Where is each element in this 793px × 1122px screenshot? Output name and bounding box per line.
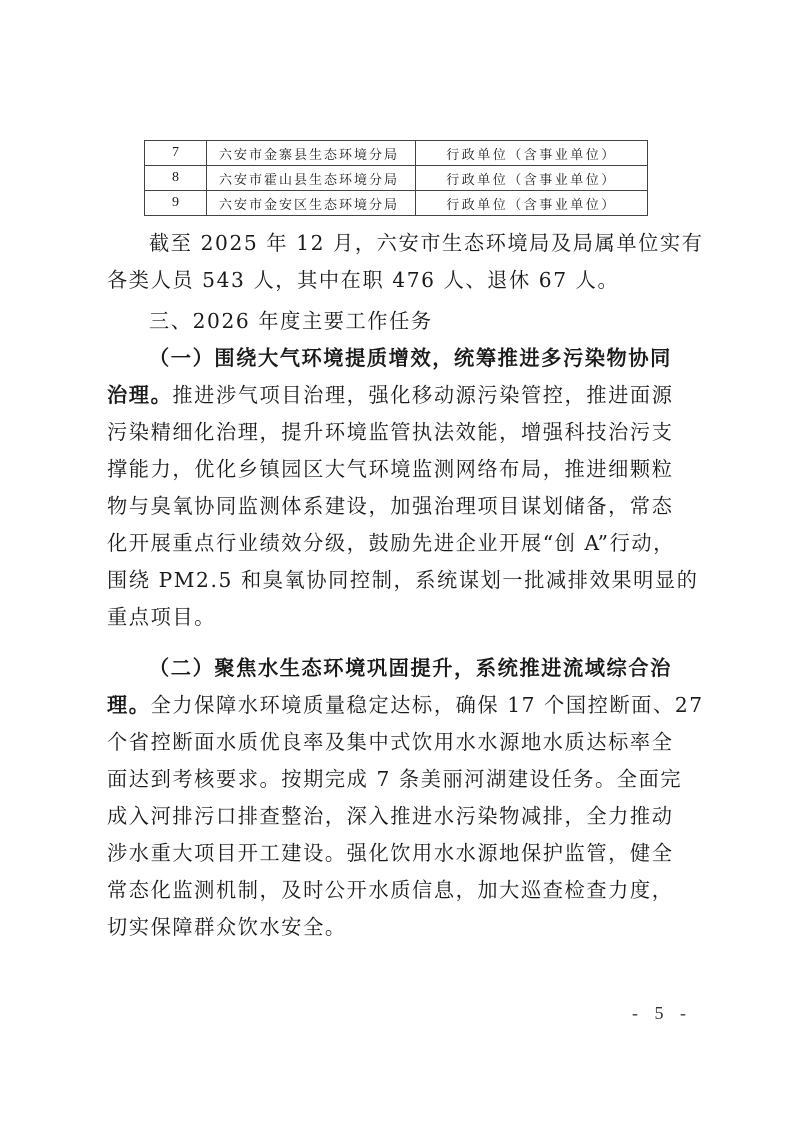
paragraph-line: 物与臭氧协同监测体系建设，加强治理项目谋划储备，常态 — [107, 488, 697, 525]
staff-paragraph: 截至 2025 年 12 月，六安市生态环境局及局属单位实有 各类人员 543 … — [107, 225, 697, 299]
paragraph-line: 常态化监测机制，及时公开水质信息，加大巡查检查力度， — [107, 872, 697, 909]
task-2-title-end: 理。 — [107, 693, 151, 717]
paragraph-line: 推进涉气项目治理，强化移动源污染管控，推进面源 — [172, 383, 673, 407]
paragraph-line: 各类人员 543 人，其中在职 476 人、退休 67 人。 — [107, 262, 697, 299]
section-heading: 三、2026 年度主要工作任务 — [107, 303, 697, 340]
row-number: 9 — [145, 191, 207, 216]
unit-name: 六安市金安区生态环境分局 — [207, 191, 416, 216]
paragraph-line: 个省控断面水质优良率及集中式饮用水水源地水质达标率全 — [107, 724, 697, 761]
paragraph-line: 化开展重点行业绩效分级，鼓励先进企业开展“创 A”行动， — [107, 525, 697, 562]
paragraph-line: 全力保障水环境质量稳定达标，确保 17 个国控断面、27 — [151, 693, 704, 717]
unit-name: 六安市金寨县生态环境分局 — [207, 141, 416, 166]
table-row: 9 六安市金安区生态环境分局 行政单位（含事业单位） — [145, 191, 648, 216]
page-number: - 5 - — [632, 1003, 692, 1024]
table-row: 8 六安市霍山县生态环境分局 行政单位（含事业单位） — [145, 166, 648, 191]
paragraph-line: 截至 2025 年 12 月，六安市生态环境局及局属单位实有 — [107, 225, 697, 262]
task-1-paragraph: （一）围绕大气环境提质增效，统筹推进多污染物协同 治理。推进涉气项目治理，强化移… — [107, 340, 697, 636]
row-number: 7 — [145, 141, 207, 166]
task-2-paragraph: （二）聚焦水生态环境巩固提升，系统推进流域综合治 理。全力保障水环境质量稳定达标… — [107, 650, 697, 946]
table-row: 7 六安市金寨县生态环境分局 行政单位（含事业单位） — [145, 141, 648, 166]
task-1-title: （一）围绕大气环境提质增效，统筹推进多污染物协同 — [107, 340, 697, 377]
unit-name: 六安市霍山县生态环境分局 — [207, 166, 416, 191]
units-table: 7 六安市金寨县生态环境分局 行政单位（含事业单位） 8 六安市霍山县生态环境分… — [144, 140, 648, 216]
paragraph-line: 成入河排污口排查整治，深入推进水污染物减排，全力推动 — [107, 798, 697, 835]
paragraph-line: 面达到考核要求。按期完成 7 条美丽河湖建设任务。全面完 — [107, 761, 697, 798]
unit-type: 行政单位（含事业单位） — [416, 166, 648, 191]
paragraph-line: 污染精细化治理，提升环境监管执法效能，增强科技治污支 — [107, 414, 697, 451]
paragraph-line: 围绕 PM2.5 和臭氧协同控制，系统谋划一批减排效果明显的 — [107, 562, 697, 599]
task-2-title: （二）聚焦水生态环境巩固提升，系统推进流域综合治 — [107, 650, 697, 687]
section-heading-text: 三、2026 年度主要工作任务 — [107, 303, 697, 340]
paragraph-line: 撑能力，优化乡镇园区大气环境监测网络布局，推进细颗粒 — [107, 451, 697, 488]
unit-type: 行政单位（含事业单位） — [416, 141, 648, 166]
paragraph-line: 重点项目。 — [107, 599, 697, 636]
task-1-title-end: 治理。 — [107, 383, 172, 407]
row-number: 8 — [145, 166, 207, 191]
paragraph-line: 切实保障群众饮水安全。 — [107, 909, 697, 946]
unit-type: 行政单位（含事业单位） — [416, 191, 648, 216]
paragraph-line: 涉水重大项目开工建设。强化饮用水水源地保护监管，健全 — [107, 835, 697, 872]
